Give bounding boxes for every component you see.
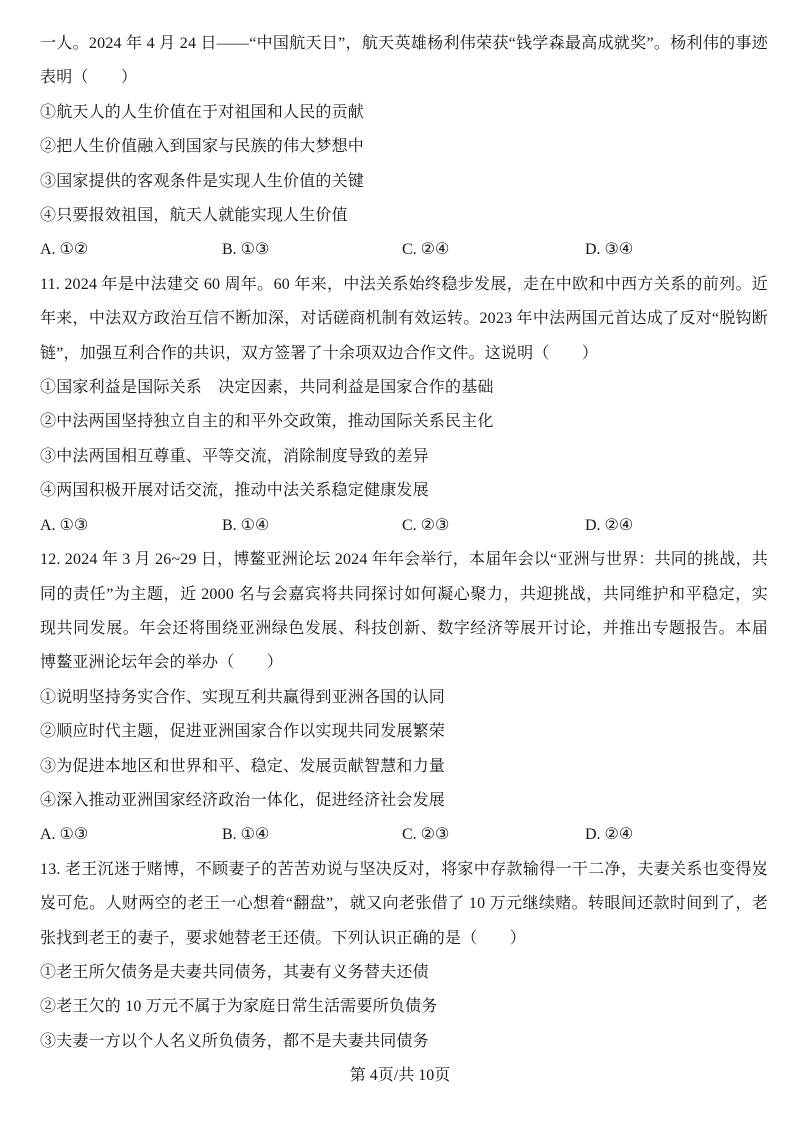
option-d: D. ②④ xyxy=(585,509,768,543)
options-row: A. ①③ B. ①④ C. ②③ D. ②④ xyxy=(40,509,768,543)
option-c: C. ②③ xyxy=(402,818,585,852)
options-row: A. ①③ B. ①④ C. ②③ D. ②④ xyxy=(40,818,768,852)
option-a: A. ①③ xyxy=(40,509,222,543)
question-block-12: 12. 2024 年 3 月 26~29 日，博鳌亚洲论坛 2024 年年会举行… xyxy=(40,543,768,853)
question-item: ③中法两国相互尊重、平等交流，消除制度导致的差异 xyxy=(40,440,768,474)
question-block-11: 11. 2024 年是中法建交 60 周年。60 年来，中法关系始终稳步发展，走… xyxy=(40,268,768,543)
page-number: 第 4页/共 10页 xyxy=(32,1059,768,1093)
option-d: D. ②④ xyxy=(585,818,768,852)
option-a: A. ①③ xyxy=(40,818,222,852)
option-a: A. ①② xyxy=(40,233,222,267)
question-item: ①说明坚持务实合作、实现互利共赢得到亚洲各国的认同 xyxy=(40,681,768,715)
exam-page: 一人。2024 年 4 月 24 日——“中国航天日”，航天英雄杨利伟荣获“钱学… xyxy=(0,0,800,1131)
question-item: ①国家利益是国际关系 决定因素，共同利益是国家合作的基础 xyxy=(40,371,768,405)
question-item: ②顺应时代主题，促进亚洲国家合作以实现共同发展繁荣 xyxy=(40,715,768,749)
question-item: ③夫妻一方以个人名义所负债务，都不是夫妻共同债务 xyxy=(40,1025,768,1059)
question-block-10: 一人。2024 年 4 月 24 日——“中国航天日”，航天英雄杨利伟荣获“钱学… xyxy=(40,27,768,268)
question-item: ①老王所欠债务是夫妻共同债务，其妻有义务替夫还债 xyxy=(40,956,768,990)
question-item: ②把人生价值融入到国家与民族的伟大梦想中 xyxy=(40,130,768,164)
option-c: C. ②③ xyxy=(402,509,585,543)
options-row: A. ①② B. ①③ C. ②④ D. ③④ xyxy=(40,233,768,267)
question-item: ③国家提供的客观条件是实现人生价值的关键 xyxy=(40,165,768,199)
question-stem: 一人。2024 年 4 月 24 日——“中国航天日”，航天英雄杨利伟荣获“钱学… xyxy=(40,27,768,96)
question-item: ④深入推动亚洲国家经济政治一体化，促进经济社会发展 xyxy=(40,784,768,818)
option-b: B. ①④ xyxy=(222,509,402,543)
question-item: ④两国积极开展对话交流，推动中法关系稳定健康发展 xyxy=(40,474,768,508)
question-item: ②中法两国坚持独立自主的和平外交政策，推动国际关系民主化 xyxy=(40,405,768,439)
question-stem: 12. 2024 年 3 月 26~29 日，博鳌亚洲论坛 2024 年年会举行… xyxy=(40,543,768,681)
question-item: ①航天人的人生价值在于对祖国和人民的贡献 xyxy=(40,96,768,130)
question-item: ④只要报效祖国，航天人就能实现人生价值 xyxy=(40,199,768,233)
question-block-13: 13. 老王沉迷于赌博，不顾妻子的苦苦劝说与坚决反对，将家中存款输得一干二净，夫… xyxy=(40,853,768,1059)
question-item: ②老王欠的 10 万元不属于为家庭日常生活需要所负债务 xyxy=(40,990,768,1024)
question-stem: 13. 老王沉迷于赌博，不顾妻子的苦苦劝说与坚决反对，将家中存款输得一干二净，夫… xyxy=(40,853,768,956)
option-c: C. ②④ xyxy=(402,233,585,267)
question-item: ③为促进本地区和世界和平、稳定、发展贡献智慧和力量 xyxy=(40,750,768,784)
option-b: B. ①④ xyxy=(222,818,402,852)
option-d: D. ③④ xyxy=(585,233,768,267)
option-b: B. ①③ xyxy=(222,233,402,267)
question-stem: 11. 2024 年是中法建交 60 周年。60 年来，中法关系始终稳步发展，走… xyxy=(40,268,768,371)
